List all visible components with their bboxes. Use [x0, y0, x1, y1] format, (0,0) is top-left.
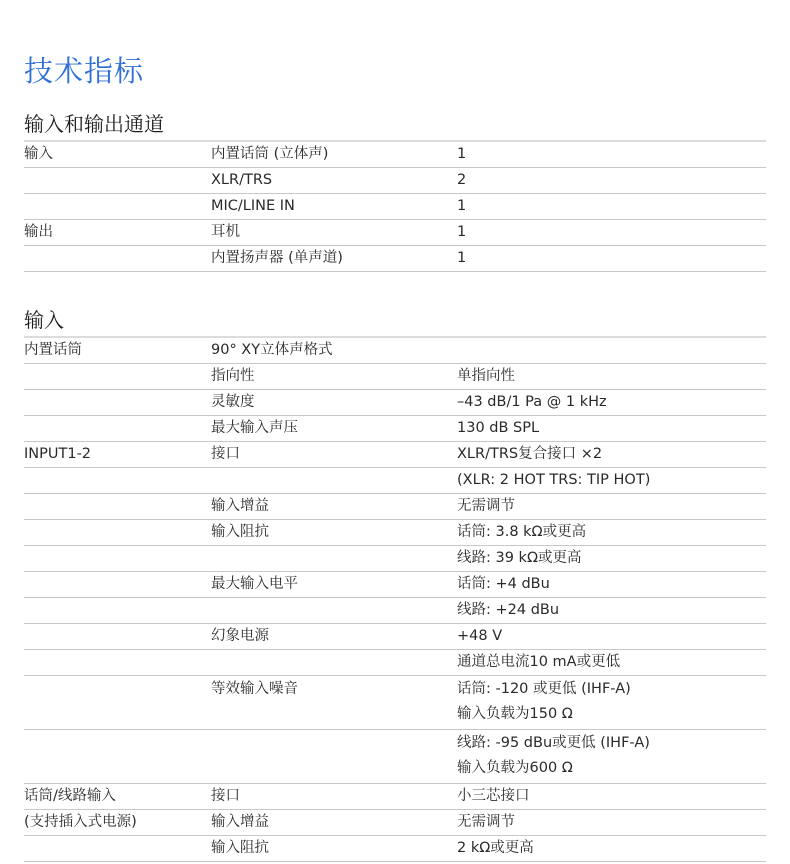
value-line: 1	[457, 142, 766, 167]
category-cell	[24, 650, 211, 676]
table-row: 输入阻抗2 kΩ或更高	[24, 836, 766, 862]
parameter-cell: 幻象电源	[211, 624, 457, 650]
parameter-cell	[211, 468, 457, 494]
table-row: 等效输入噪音话筒: -120 或更低 (IHF-A)输入负载为150 Ω	[24, 676, 766, 730]
parameter-cell: 输入阻抗	[211, 520, 457, 546]
value-cell: 单指向性	[457, 364, 766, 390]
table-row: 输出耳机1	[24, 220, 766, 246]
value-cell: 无需调节	[457, 494, 766, 520]
value-line: 通道总电流10 mA或更低	[457, 650, 766, 675]
value-line	[457, 338, 766, 363]
table-row: 输入阻抗话筒: 3.8 kΩ或更高	[24, 520, 766, 546]
value-line: 1	[457, 220, 766, 245]
table-row: 内置扬声器 (单声道)1	[24, 246, 766, 272]
value-cell: –43 dB/1 Pa @ 1 kHz	[457, 390, 766, 416]
table-row: 幻象电源+48 V	[24, 624, 766, 650]
category-cell	[24, 624, 211, 650]
category-cell	[24, 572, 211, 598]
parameter-cell: 灵敏度	[211, 390, 457, 416]
table-row: 线路: 39 kΩ或更高	[24, 546, 766, 572]
value-cell: 1	[457, 220, 766, 246]
category-cell: INPUT1-2	[24, 442, 211, 468]
value-cell: +48 V	[457, 624, 766, 650]
category-cell	[24, 676, 211, 730]
category-cell	[24, 836, 211, 862]
spec-table-io-channels: 输入内置话筒 (立体声)1XLR/TRS2MIC/LINE IN1输出耳机1内置…	[24, 140, 766, 272]
value-cell: 话筒: -120 或更低 (IHF-A)输入负载为150 Ω	[457, 676, 766, 730]
table-row: (XLR: 2 HOT TRS: TIP HOT)	[24, 468, 766, 494]
value-cell: 2	[457, 168, 766, 194]
value-cell: 无需调节	[457, 810, 766, 836]
parameter-cell: 内置话筒 (立体声)	[211, 141, 457, 168]
value-line: 1	[457, 246, 766, 271]
section-title: 输入和输出通道	[24, 110, 766, 140]
value-line: 线路: 39 kΩ或更高	[457, 546, 766, 571]
value-line: 小三芯接口	[457, 784, 766, 809]
category-cell	[24, 494, 211, 520]
table-row: 通道总电流10 mA或更低	[24, 650, 766, 676]
parameter-cell: 最大输入电平	[211, 572, 457, 598]
category-cell: 内置话筒	[24, 337, 211, 364]
parameter-cell: 输入阻抗	[211, 836, 457, 862]
value-cell: 通道总电流10 mA或更低	[457, 650, 766, 676]
value-cell: 130 dB SPL	[457, 416, 766, 442]
value-line: 2 kΩ或更高	[457, 836, 766, 861]
table-row: 最大输入声压130 dB SPL	[24, 416, 766, 442]
value-cell: (XLR: 2 HOT TRS: TIP HOT)	[457, 468, 766, 494]
parameter-cell: 指向性	[211, 364, 457, 390]
category-cell: 输入	[24, 141, 211, 168]
value-cell: 线路: -95 dBu或更低 (IHF-A)输入负载为600 Ω	[457, 730, 766, 784]
category-cell	[24, 546, 211, 572]
table-row: 输入内置话筒 (立体声)1	[24, 141, 766, 168]
section-title: 输入	[24, 306, 766, 336]
category-cell	[24, 246, 211, 272]
parameter-cell	[211, 546, 457, 572]
parameter-cell: 内置扬声器 (单声道)	[211, 246, 457, 272]
value-line: 无需调节	[457, 810, 766, 835]
table-row: 内置话筒90° XY立体声格式	[24, 337, 766, 364]
parameter-cell: 最大输入声压	[211, 416, 457, 442]
parameter-cell: MIC/LINE IN	[211, 194, 457, 220]
value-cell	[457, 337, 766, 364]
value-line: XLR/TRS复合接口 ×2	[457, 442, 766, 467]
parameter-cell	[211, 650, 457, 676]
table-row: 输入增益无需调节	[24, 494, 766, 520]
table-row: 线路: -95 dBu或更低 (IHF-A)输入负载为600 Ω	[24, 730, 766, 784]
page-title: 技术指标	[24, 52, 144, 90]
value-cell: 线路: 39 kΩ或更高	[457, 546, 766, 572]
parameter-cell: 接口	[211, 784, 457, 810]
parameter-cell	[211, 730, 457, 784]
value-line: 2	[457, 168, 766, 193]
category-cell	[24, 390, 211, 416]
value-line: 无需调节	[457, 494, 766, 519]
category-cell	[24, 520, 211, 546]
spec-table-input: 内置话筒90° XY立体声格式指向性单指向性灵敏度–43 dB/1 Pa @ 1…	[24, 336, 766, 862]
category-cell	[24, 194, 211, 220]
value-cell: XLR/TRS复合接口 ×2	[457, 442, 766, 468]
table-row: MIC/LINE IN1	[24, 194, 766, 220]
value-line: 线路: +24 dBu	[457, 598, 766, 623]
category-cell	[24, 168, 211, 194]
value-line: 话筒: -120 或更低 (IHF-A)	[457, 677, 766, 702]
value-cell: 线路: +24 dBu	[457, 598, 766, 624]
parameter-cell: 输入增益	[211, 810, 457, 836]
category-cell: 话筒/线路输入	[24, 784, 211, 810]
value-line: 130 dB SPL	[457, 416, 766, 441]
table-row: 灵敏度–43 dB/1 Pa @ 1 kHz	[24, 390, 766, 416]
parameter-cell	[211, 598, 457, 624]
table-row: 最大输入电平话筒: +4 dBu	[24, 572, 766, 598]
parameter-cell: XLR/TRS	[211, 168, 457, 194]
category-cell	[24, 598, 211, 624]
category-cell	[24, 468, 211, 494]
value-cell: 1	[457, 194, 766, 220]
value-line: 输入负载为600 Ω	[457, 756, 766, 781]
value-line: 单指向性	[457, 364, 766, 389]
value-line: (XLR: 2 HOT TRS: TIP HOT)	[457, 468, 766, 493]
table-row: INPUT1-2接口XLR/TRS复合接口 ×2	[24, 442, 766, 468]
category-cell	[24, 730, 211, 784]
value-line: 1	[457, 194, 766, 219]
value-line: +48 V	[457, 624, 766, 649]
parameter-cell: 输入增益	[211, 494, 457, 520]
value-cell: 2 kΩ或更高	[457, 836, 766, 862]
section-input: 输入 内置话筒90° XY立体声格式指向性单指向性灵敏度–43 dB/1 Pa …	[24, 306, 766, 862]
parameter-cell: 90° XY立体声格式	[211, 337, 457, 364]
category-cell	[24, 364, 211, 390]
value-cell: 1	[457, 141, 766, 168]
value-cell: 话筒: 3.8 kΩ或更高	[457, 520, 766, 546]
parameter-cell: 等效输入噪音	[211, 676, 457, 730]
value-cell: 话筒: +4 dBu	[457, 572, 766, 598]
value-cell: 1	[457, 246, 766, 272]
category-cell: (支持插入式电源)	[24, 810, 211, 836]
parameter-cell: 耳机	[211, 220, 457, 246]
table-row: XLR/TRS2	[24, 168, 766, 194]
table-row: 指向性单指向性	[24, 364, 766, 390]
value-cell: 小三芯接口	[457, 784, 766, 810]
table-row: 线路: +24 dBu	[24, 598, 766, 624]
parameter-cell: 接口	[211, 442, 457, 468]
category-cell	[24, 416, 211, 442]
value-line: 话筒: +4 dBu	[457, 572, 766, 597]
category-cell: 输出	[24, 220, 211, 246]
value-line: 话筒: 3.8 kΩ或更高	[457, 520, 766, 545]
table-row: 话筒/线路输入接口小三芯接口	[24, 784, 766, 810]
value-line: 输入负载为150 Ω	[457, 702, 766, 727]
section-io-channels: 输入和输出通道 输入内置话筒 (立体声)1XLR/TRS2MIC/LINE IN…	[24, 110, 766, 272]
value-line: 线路: -95 dBu或更低 (IHF-A)	[457, 731, 766, 756]
value-line: –43 dB/1 Pa @ 1 kHz	[457, 390, 766, 415]
table-row: (支持插入式电源)输入增益无需调节	[24, 810, 766, 836]
